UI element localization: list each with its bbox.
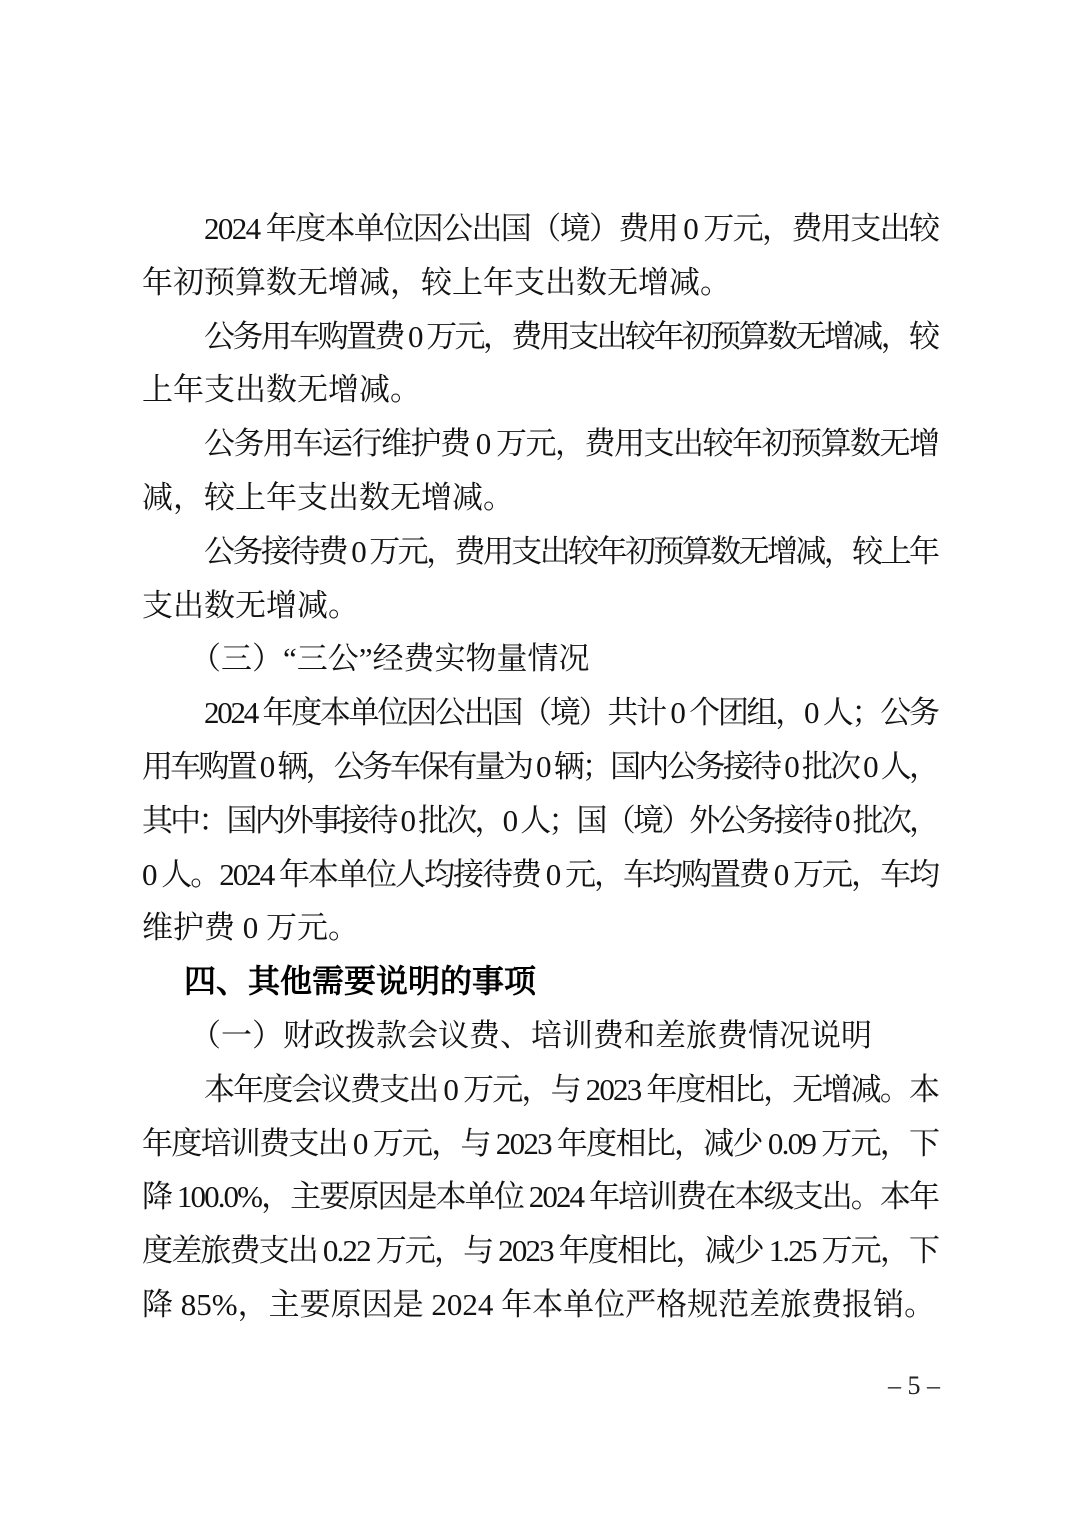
body-line: 年度培训费支出 0 万元，与 2023 年度相比，减少 0.09 万元，下	[142, 1117, 940, 1171]
body-line: 本年度会议费支出 0 万元，与 2023 年度相比，无增减。本	[142, 1063, 940, 1117]
body-line: 维护费 0 万元。	[142, 901, 940, 955]
body-line: 用车购置 0 辆，公务车保有量为 0 辆；国内公务接待 0 批次 0 人，	[142, 740, 940, 794]
body-line: 降 100.0%，主要原因是本单位 2024 年培训费在本级支出。本年	[142, 1170, 940, 1224]
body-line: 上年支出数无增减。	[142, 363, 940, 417]
body-line: 减，较上年支出数无增减。	[142, 471, 940, 525]
subsection-heading-one: （一）财政拨款会议费、培训费和差旅费情况说明	[142, 1009, 940, 1063]
body-line: 公务接待费 0 万元，费用支出较年初预算数无增减，较上年	[142, 525, 940, 579]
subsection-heading-three: （三）“三公”经费实物量情况	[142, 632, 940, 686]
body-line: 降 85%，主要原因是 2024 年本单位严格规范差旅费报销。	[142, 1278, 940, 1332]
body-line: 度差旅费支出 0.22 万元，与 2023 年度相比，减少 1.25 万元，下	[142, 1224, 940, 1278]
body-line: 其中：国内外事接待 0 批次，0 人；国（境）外公务接待 0 批次，	[142, 794, 940, 848]
body-line: 公务用车购置费 0 万元，费用支出较年初预算数无增减，较	[142, 310, 940, 364]
body-line: 支出数无增减。	[142, 579, 940, 633]
body-line: 0 人。2024 年本单位人均接待费 0 元，车均购置费 0 万元，车均	[142, 848, 940, 902]
body-line: 年初预算数无增减，较上年支出数无增减。	[142, 256, 940, 310]
body-line: 2024 年度本单位因公出国（境）费用 0 万元，费用支出较	[142, 202, 940, 256]
body-line: 2024 年度本单位因公出国（境）共计 0 个团组，0 人；公务	[142, 686, 940, 740]
page-number: – 5 –	[888, 1368, 940, 1404]
body-line: 公务用车运行维护费 0 万元，费用支出较年初预算数无增	[142, 417, 940, 471]
section-heading-four: 四、其他需要说明的事项	[142, 955, 940, 1009]
document-page: 2024 年度本单位因公出国（境）费用 0 万元，费用支出较 年初预算数无增减，…	[0, 0, 1075, 1520]
document-text-block: 2024 年度本单位因公出国（境）费用 0 万元，费用支出较 年初预算数无增减，…	[142, 202, 940, 1332]
